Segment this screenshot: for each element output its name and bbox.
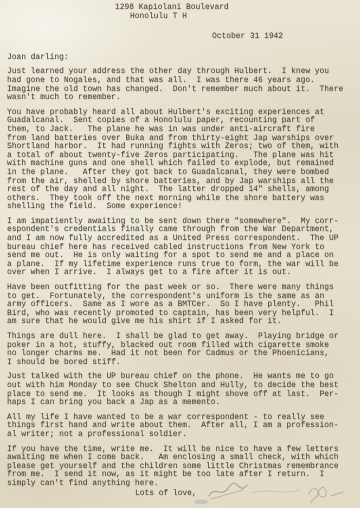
paragraph-6: Just talked with the UP bureau chief on … bbox=[7, 373, 354, 407]
return-address-city: Honolulu T H bbox=[130, 13, 354, 22]
paragraph-4: Have been outfitting for the past week o… bbox=[7, 284, 354, 327]
letter-date: October 31 1942 bbox=[212, 33, 354, 42]
letter-page: 1298 Kapiolani Boulevard Honolulu T H Oc… bbox=[0, 0, 360, 508]
ink-smudge bbox=[194, 500, 208, 505]
paragraph-5: Things are dull here. I shall be glad to… bbox=[7, 333, 354, 367]
paragraph-3: I am impatiently awaiting to be sent dow… bbox=[7, 218, 354, 278]
return-address: 1298 Kapiolani Boulevard Honolulu T H bbox=[115, 4, 354, 21]
letter-body: 1298 Kapiolani Boulevard Honolulu T H Oc… bbox=[0, 0, 360, 508]
paragraph-7: All my life I have wanted to be a war co… bbox=[7, 414, 354, 440]
pencil-scribble bbox=[185, 478, 355, 506]
paragraph-2: You have probably heard all about Hulber… bbox=[7, 109, 354, 212]
paragraph-1: Just learned your address the other day … bbox=[7, 68, 354, 102]
scrawl-stroke-4 bbox=[309, 487, 343, 503]
salutation: Joan darling: bbox=[7, 54, 354, 63]
scrawl-stroke-3 bbox=[251, 490, 299, 493]
